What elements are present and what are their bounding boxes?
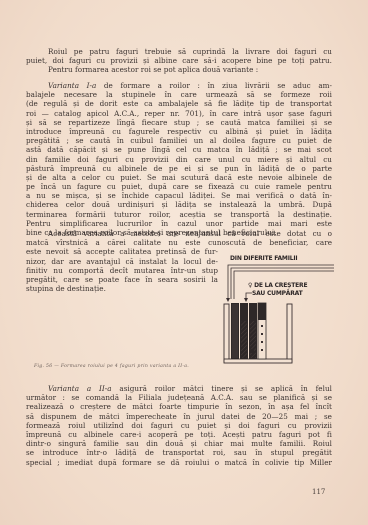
paragraph-variant-1: Varianta I-a de formare a roilor : în zi… <box>26 81 332 237</box>
text-line: și să se repartizeze lîngă fiecare stup … <box>26 118 332 127</box>
text-line: puiet, doi faguri cu provizii și albine … <box>26 56 332 65</box>
text-line: și de alta a celor cu puiet. Se mai scut… <box>26 173 332 182</box>
text-line: Pentru formarea acestor roi se pot aplic… <box>26 65 332 74</box>
text-line: se introduce într-o lădiță de transporta… <box>26 448 332 457</box>
text-line: realizează o creștere de mătci foarte ti… <box>26 402 332 411</box>
text-line: Varianta a II-a asigură roilor mătci tin… <box>26 384 332 393</box>
text-line: finitiv nu comportă decît mutarea într-u… <box>26 266 218 275</box>
paragraph-intro: Roiul pe patru faguri trebuie să cuprind… <box>26 47 332 75</box>
text-line: Roiul pe patru faguri trebuie să cuprind… <box>26 47 332 56</box>
text-line: introduce împreună cu fagurele respectiv… <box>26 127 332 136</box>
text-line: astă dată căpăcit și se pune lîngă cel c… <box>26 145 332 154</box>
page-number: 117 <box>312 488 325 496</box>
text-line: nizor, dar are avantajul că instalat la … <box>26 257 218 266</box>
text-line: păstură împreună cu albinele de pe ei și… <box>26 164 332 173</box>
book-page: Roiul pe patru faguri trebuie să cuprind… <box>0 0 368 525</box>
text-line: stupina de destinație. <box>26 284 218 293</box>
text-line: împreună cu albinele care-i acoperă pe t… <box>26 430 332 439</box>
text-line: roi — catalog apicol A.C.A., reper nr. 7… <box>26 109 332 118</box>
text-line: Această variantă a metodei are neajunsul… <box>26 229 332 238</box>
text-line: pregătit, care se poate face în seara so… <box>26 275 218 284</box>
text-line: balajele necesare la stupinele în care u… <box>26 90 332 99</box>
text-fragment: asigură roilor mătci tinere și se aplică… <box>112 384 332 393</box>
text-line: terminarea formării tuturor roilor, aceș… <box>26 210 332 219</box>
text-line: pregătită ; se caută în cuibul familiei … <box>26 136 332 145</box>
text-line: matcă vîrstnică a cărei calitate nu este… <box>26 238 332 247</box>
text-line: special ; imediat după formare se dă roi… <box>26 458 332 467</box>
text-line: pe încă un fagure cu puiet, după care se… <box>26 182 332 191</box>
text-line: Varianta I-a de formare a roilor : în zi… <box>26 81 332 90</box>
hive-box-illustration <box>222 255 334 370</box>
text-line: să dispunem de mătci împerecheate în jur… <box>26 412 332 421</box>
text-line: este nevoit să accepte calitatea pretins… <box>26 247 218 256</box>
figure-hive-diagram: DIN DIFERITE FAMILII ♀ DE LA CREȘTERE SA… <box>222 255 334 370</box>
text-line: formează roiul utilizînd doi faguri cu p… <box>26 421 332 430</box>
text-line: următor : se comandă la Filiala județean… <box>26 393 332 402</box>
text-line: Pentru simplificarea lucrurilor în cazul… <box>26 219 332 228</box>
text-line: chiderea celor două urdinișuri și lădița… <box>26 200 332 209</box>
figure-caption: Fig. 56 — Formarea roiului pe 4 faguri p… <box>34 364 189 369</box>
text-line: dintr-o singură familie sau din două și … <box>26 439 332 448</box>
text-fragment: de formare a roilor : în ziua livrării s… <box>96 81 332 90</box>
variant-1-heading: Varianta I-a <box>48 81 96 90</box>
text-line: a nu se mișca, și se închide capacul lăd… <box>26 191 332 200</box>
paragraph-variant-2: Varianta a II-a asigură roilor mătci tin… <box>26 384 332 467</box>
variant-2-heading: Varianta a II-a <box>48 384 112 393</box>
text-line: din familie doi faguri cu provizii din c… <box>26 155 332 164</box>
text-line: (de regulă și de dorit este ca ambalajel… <box>26 99 332 108</box>
